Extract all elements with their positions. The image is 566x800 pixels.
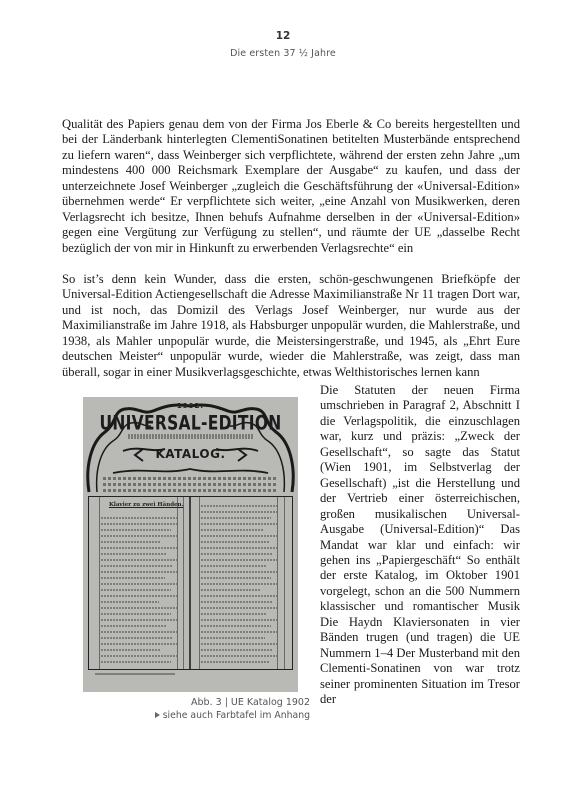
table-row: [101, 643, 177, 645]
table-row: [101, 577, 165, 579]
table-row: [201, 511, 277, 513]
table-row: [101, 565, 173, 567]
table-column-divider: [189, 497, 191, 669]
table-row: [101, 637, 173, 639]
catalog-title: UNIVERSAL-EDITION: [83, 412, 298, 435]
table-row: [101, 547, 177, 549]
paragraph-2: So ist’s denn kein Wunder, dass die erst…: [62, 272, 520, 380]
table-column-rule: [99, 497, 100, 669]
caption-label: Abb. 3 | UE Katalog 1902: [191, 697, 310, 708]
table-row: [201, 553, 273, 555]
table-row: [101, 535, 177, 537]
catalog-listing-table: Klavier zu zwei Händen.: [88, 496, 293, 670]
table-row: [101, 631, 177, 633]
table-column-rule: [284, 497, 285, 669]
table-row: [101, 625, 167, 627]
paragraph-3: Die Statuten der neuen Firma umschrieben…: [320, 383, 520, 708]
table-row: [101, 559, 177, 561]
catalog-katalog-label: KATALOG.: [83, 447, 298, 461]
table-column-rule: [183, 497, 184, 669]
table-row: [101, 661, 171, 663]
table-row: [101, 571, 177, 573]
table-row: [201, 649, 273, 651]
table-row: [201, 571, 277, 573]
table-row: [201, 577, 271, 579]
table-row: [201, 565, 267, 567]
table-row: [201, 619, 277, 621]
table-row: [101, 517, 177, 519]
table-row: [201, 601, 273, 603]
catalog-year: 1902.: [83, 402, 298, 410]
cross-reference-text: siehe auch Farbtafel im Anhang: [163, 710, 310, 721]
table-row: [201, 505, 277, 507]
table-row: [201, 541, 269, 543]
table-row: [201, 523, 277, 525]
table-row: [201, 625, 271, 627]
catalog-subtitle-fineprint: [128, 434, 253, 439]
table-row: [201, 589, 261, 591]
table-row: [201, 535, 277, 537]
table-row: [201, 661, 269, 663]
table-row: [101, 595, 177, 597]
page-number: 12: [0, 30, 566, 42]
table-row: [201, 613, 267, 615]
table-column-rule: [277, 497, 278, 669]
table-row: [201, 547, 277, 549]
triangle-right-icon: [155, 712, 160, 718]
table-row: [201, 607, 277, 609]
table-row: [101, 523, 177, 525]
table-row: [201, 631, 277, 633]
paragraph-1: Qualität des Papiers genau dem von der F…: [62, 117, 520, 256]
table-row: [101, 589, 171, 591]
table-row: [201, 643, 277, 645]
table-row: [101, 607, 177, 609]
catalog-footnote: [95, 673, 175, 675]
table-row: [101, 655, 177, 657]
table-row: [101, 649, 161, 651]
table-column-rule: [177, 497, 178, 669]
figure-caption: Abb. 3 | UE Katalog 1902 siehe auch Farb…: [120, 697, 310, 722]
table-row: [201, 529, 263, 531]
cross-reference-link[interactable]: siehe auch Farbtafel im Anhang: [120, 710, 310, 723]
catalog-intro-line: [103, 483, 278, 486]
catalog-intro-line: [103, 477, 278, 480]
table-row: [201, 595, 277, 597]
table-row: [201, 655, 277, 657]
table-row: [201, 637, 265, 639]
table-row: [101, 529, 171, 531]
table-row: [101, 619, 177, 621]
catalog-table-heading: Klavier zu zwei Händen.: [109, 502, 183, 508]
table-row: [101, 541, 161, 543]
table-row: [101, 553, 167, 555]
table-row: [201, 517, 271, 519]
table-row: [101, 583, 177, 585]
catalog-intro-line: [103, 489, 278, 492]
catalog-scan-image: 1902. UNIVERSAL-EDITION KATALOG. Klavier…: [83, 397, 298, 692]
table-row: [201, 583, 277, 585]
table-row: [101, 613, 171, 615]
table-row: [101, 601, 159, 603]
table-row: [201, 559, 277, 561]
running-head: Die ersten 37 ½ Jahre: [0, 48, 566, 59]
table-column-rule: [199, 497, 200, 669]
